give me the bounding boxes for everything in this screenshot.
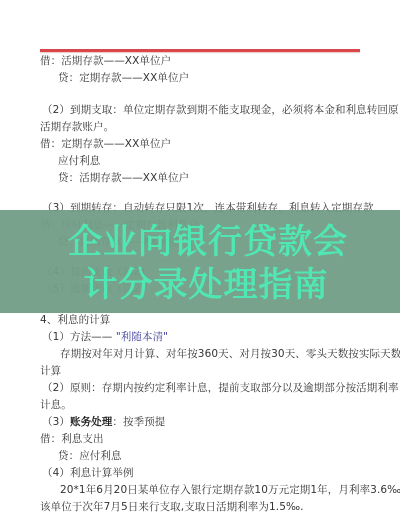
paragraph-maturity-withdrawal: （2）到期支取：单位定期存款到期不能支取现金，必须将本金和利息转回原 — [42, 103, 399, 117]
debit-line: 借：活期存款——XX单位户 — [40, 54, 171, 68]
method-quote: "利随本清" — [116, 331, 168, 343]
credit-line: 贷：活期存款——XX单位户 — [58, 171, 189, 185]
example-line: 20*1年6月20日某单位存入银行定期存款10万元定期1年，月利率3.6‰ — [60, 483, 400, 497]
method-description-cont: 计算 — [40, 364, 61, 378]
accounting-prefix: （3） — [42, 416, 70, 428]
accounting-suffix: ：按季预提 — [112, 416, 165, 428]
example-line-cont: 该单位于次年7月5日来行支取,支取日活期利率为1.5‰. — [40, 500, 304, 514]
debit-line: 借：定期存款——XX单位户 — [40, 137, 171, 151]
section-heading: 4、利息的计算 — [40, 313, 110, 327]
method-description: 存期按对年对月计算、对年按360天、对月按30天、零头天数按实际天数 — [60, 347, 400, 361]
debit-line-secondary: 应付利息 — [58, 154, 100, 168]
banner-title-line1: 企业向银行贷款会 — [8, 222, 400, 262]
banner-title-line2: 计分录处理指南 — [6, 265, 400, 305]
principle-line-cont: 计息。 — [40, 398, 72, 412]
debit-line: 借：利息支出 — [40, 432, 104, 446]
principle-line: （2）原则：存期内按约定利率计息，提前支取部分以及逾期部分按活期利率 — [42, 381, 399, 395]
credit-line: 贷：定期存款——XX单位户 — [58, 71, 189, 85]
example-heading: （4）利息计算举例 — [42, 466, 134, 480]
credit-line: 贷：应付利息 — [58, 449, 122, 463]
paragraph-continuation: 活期存款账户。 — [40, 120, 114, 134]
method-line: （1）方法—— "利随本清" — [42, 330, 168, 344]
accounting-bold: 账务处理 — [70, 416, 112, 428]
accounting-line: （3）账务处理：按季预提 — [42, 415, 165, 429]
document-page: 借：活期存款——XX单位户 贷：定期存款——XX单位户 （2）到期支取：单位定期… — [0, 0, 400, 525]
red-divider-rule — [40, 49, 360, 52]
method-prefix: （1）方法—— — [42, 331, 112, 343]
